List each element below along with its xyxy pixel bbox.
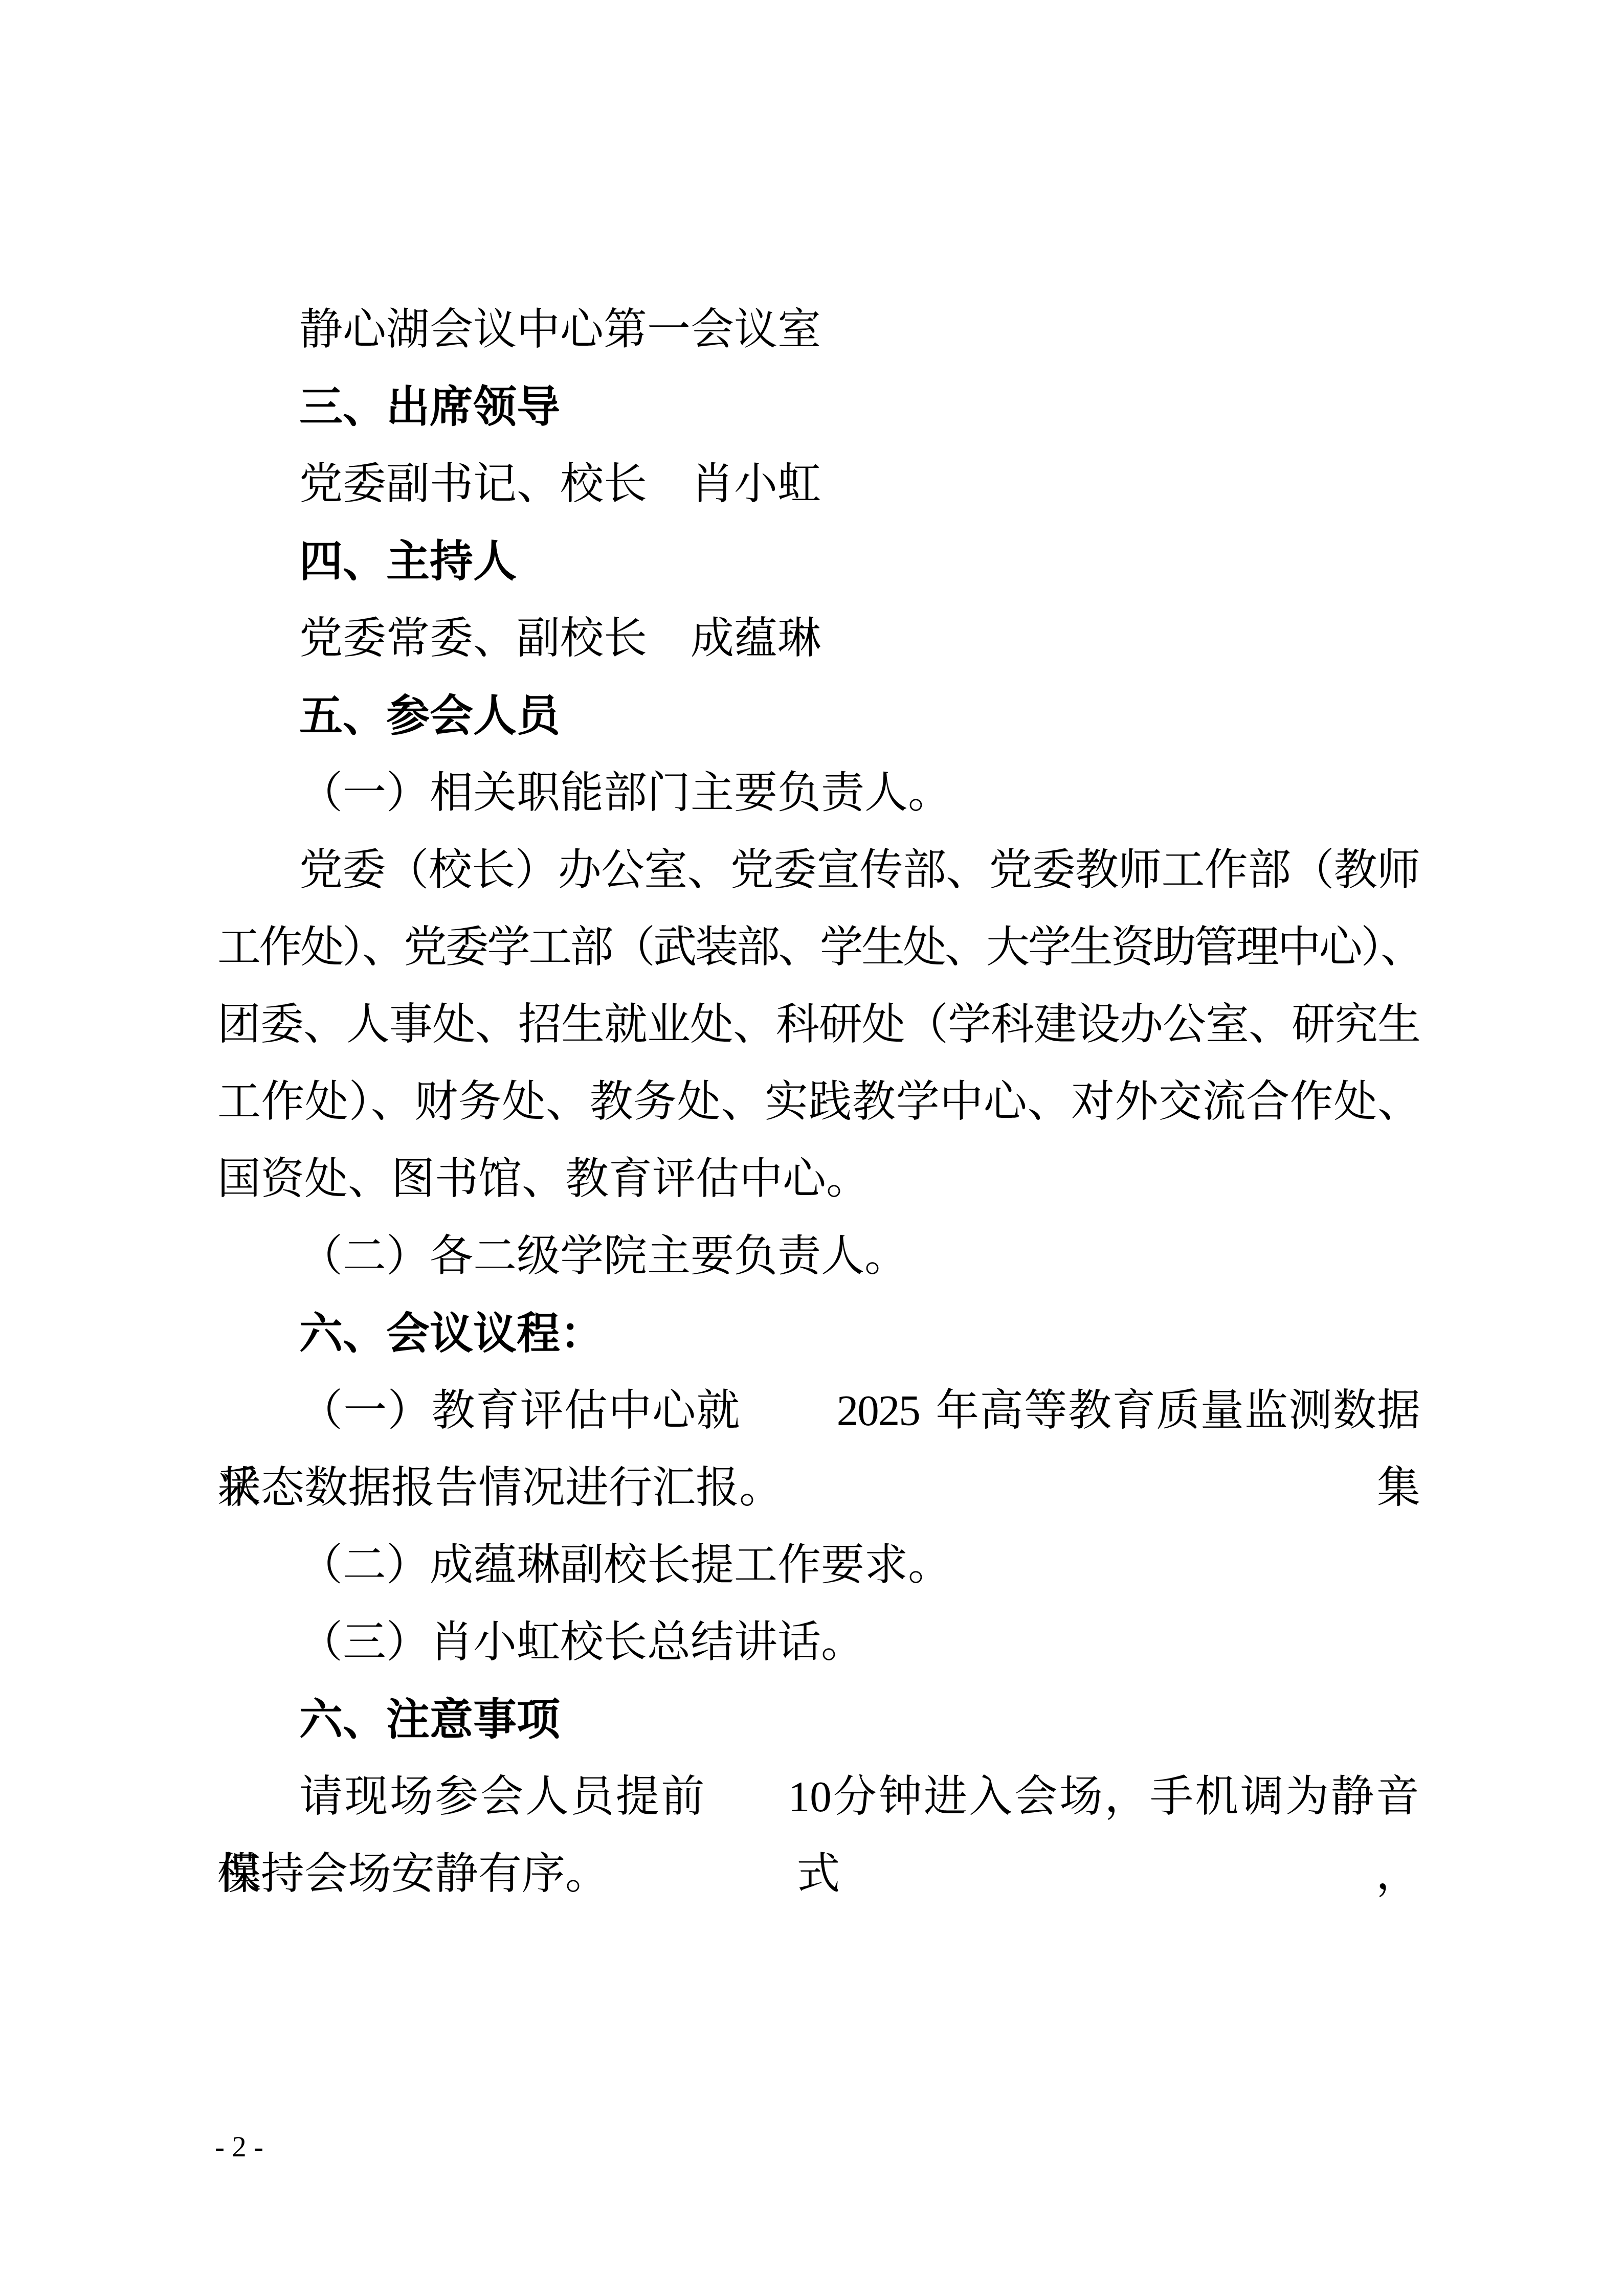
document-page: 静心湖会议中心第一会议室 三、出席领导 党委副书记、校长 肖小虹 四、主持人 党… (217, 291, 1419, 1913)
venue-line: 静心湖会议中心第一会议室 (217, 291, 1419, 369)
participants-item-1: （一）相关职能部门主要负责人。 (217, 755, 1419, 832)
attending-leader-line: 党委副书记、校长 肖小虹 (217, 446, 1419, 523)
heading-notes: 六、注意事项 (217, 1681, 1419, 1759)
heading-participants: 五、参会人员 (217, 678, 1419, 755)
heading-agenda: 六、会议议程： (217, 1295, 1419, 1372)
participants-departments-line-2: 工作处）、党委学工部（武装部、学生处、大学生资助管理中心）、 (217, 909, 1419, 986)
notes-line-1: 请现场参会人员提前10分钟进入会场，手机调为静音模式， (217, 1759, 1419, 1836)
participants-item-2: （二）各二级学院主要负责人。 (217, 1218, 1419, 1295)
agenda-item-3: （三）肖小虹校长总结讲话。 (217, 1604, 1419, 1681)
page-number: - 2 - (215, 2131, 263, 2163)
notes-minutes-number: 10 (706, 1759, 832, 1836)
agenda-item-1-text-start: （一）教育评估中心就 (299, 1387, 741, 1435)
participants-departments-line-5: 国资处、图书馆、教育评估中心。 (217, 1141, 1419, 1218)
participants-departments-line-4: 工作处）、财务处、教务处、实践教学中心、对外交流合作处、 (217, 1064, 1419, 1141)
host-line: 党委常委、副校长 成蕴琳 (217, 600, 1419, 678)
participants-departments-line-1: 党委（校长）办公室、党委宣传部、党委教师工作部（教师 (217, 832, 1419, 909)
heading-host: 四、主持人 (217, 523, 1419, 600)
agenda-item-2: （二）成蕴琳副校长提工作要求。 (217, 1527, 1419, 1604)
agenda-item-1-line-1: （一）教育评估中心就2025年高等教育质量监测数据采集 (217, 1372, 1419, 1450)
notes-text-start: 请现场参会人员提前 (299, 1773, 706, 1821)
participants-departments-line-3: 团委、人事处、招生就业处、科研处（学科建设办公室、研究生 (217, 986, 1419, 1064)
heading-attending-leaders: 三、出席领导 (217, 369, 1419, 446)
agenda-year-number: 2025 (755, 1372, 920, 1450)
